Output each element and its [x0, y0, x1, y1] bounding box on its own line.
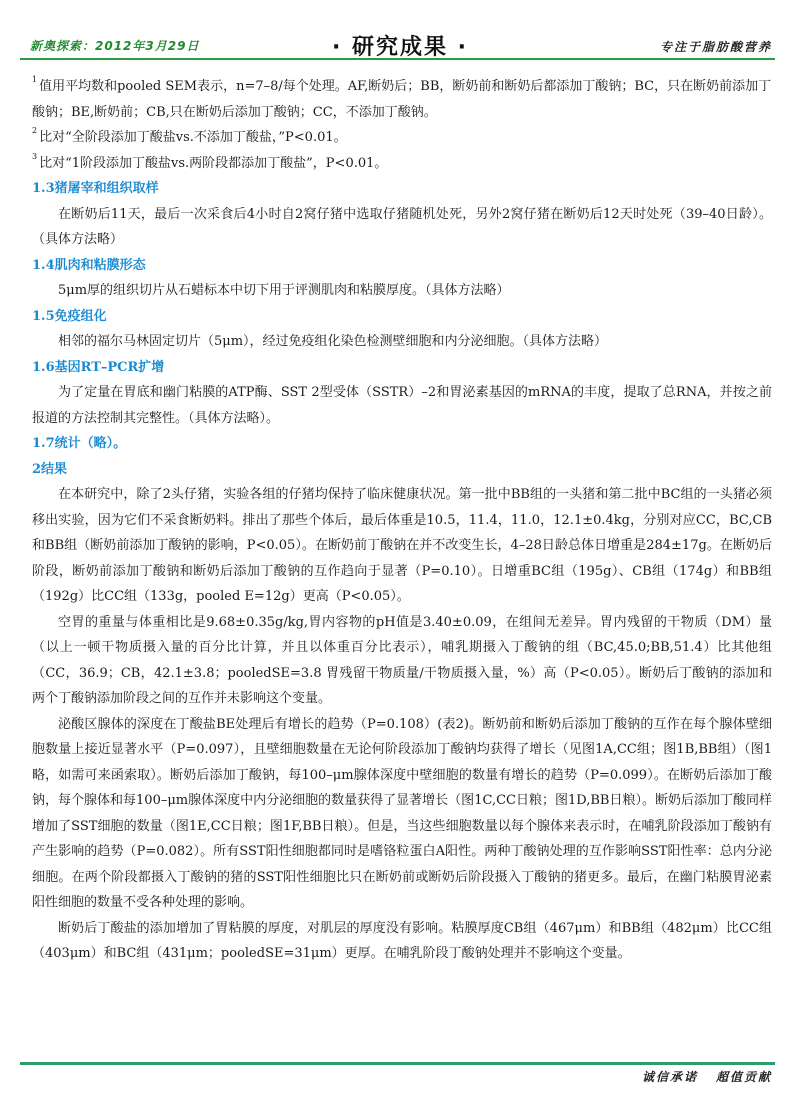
- footnote-1: 1值用平均数和pooled SEM表示，n=7–8/每个处理。AF,断奶后；BB…: [32, 74, 772, 125]
- footnote-text: 比对“1阶段添加丁酸盐vs.两阶段都添加丁酸盐”，P<0.01。: [39, 156, 387, 171]
- footnote-2: 2比对“全阶段添加丁酸盐vs.不添加丁酸盐，”P<0.01。: [32, 125, 772, 151]
- footnote-mark: 2: [32, 126, 37, 135]
- paragraph: 为了定量在胃底和幽门粘膜的ATP酶、SST 2型受体（SSTR）–2和胃泌素基因…: [32, 380, 772, 431]
- section-heading-immunohistochemistry: 1.5免疫组化: [32, 304, 772, 330]
- footnote-mark: 1: [32, 75, 37, 84]
- footnote-text: 值用平均数和pooled SEM表示，n=7–8/每个处理。AF,断奶后；BB，…: [32, 79, 771, 120]
- footnote-3: 3比对“1阶段添加丁酸盐vs.两阶段都添加丁酸盐”，P<0.01。: [32, 151, 772, 177]
- header-divider: [20, 58, 775, 60]
- section-heading-rt-pcr: 1.6基因RT–PCR扩增: [32, 355, 772, 381]
- section-heading-morphology: 1.4肌肉和粘膜形态: [32, 253, 772, 279]
- footer-slogan: 诚信承诺超值贡献: [642, 1068, 772, 1085]
- section-heading-results: 2结果: [32, 457, 772, 483]
- document-body: 1值用平均数和pooled SEM表示，n=7–8/每个处理。AF,断奶后；BB…: [32, 74, 772, 967]
- header-slogan: 专注于脂肪酸营养: [660, 38, 772, 55]
- footer-slogan-left: 诚信承诺: [642, 1070, 698, 1084]
- footer-divider: [20, 1062, 775, 1065]
- paragraph: 泌酸区腺体的深度在丁酸盐BE处理后有增长的趋势（P=0.108）(表2)。断奶前…: [32, 712, 772, 916]
- paragraph: 空胃的重量与体重相比是9.68±0.35g/kg,胃内容物的pH值是3.40±0…: [32, 610, 772, 712]
- section-heading-slaughter: 1.3猪屠宰和组织取样: [32, 176, 772, 202]
- footnote-text: 比对“全阶段添加丁酸盐vs.不添加丁酸盐，”P<0.01。: [39, 130, 347, 145]
- section-heading-statistics: 1.7统计（略）。: [32, 431, 772, 457]
- paragraph: 在断奶后11天，最后一次采食后4小时自2窝仔猪中选取仔猪随机处死，另外2窝仔猪在…: [32, 202, 772, 253]
- paragraph: 断奶后丁酸盐的添加增加了胃粘膜的厚度，对肌层的厚度没有影响。粘膜厚度CB组（46…: [32, 916, 772, 967]
- footnote-mark: 3: [32, 152, 37, 161]
- paragraph: 相邻的福尔马林固定切片（5μm），经过免疫组化染色检测壁细胞和内分泌细胞。（具体…: [32, 329, 772, 355]
- paragraph: 在本研究中，除了2头仔猪，实验各组的仔猪均保持了临床健康状况。第一批中BB组的一…: [32, 482, 772, 610]
- paragraph: 5μm厚的组织切片从石蜡标本中切下用于评测肌肉和粘膜厚度。（具体方法略）: [32, 278, 772, 304]
- footer-slogan-right: 超值贡献: [716, 1070, 772, 1084]
